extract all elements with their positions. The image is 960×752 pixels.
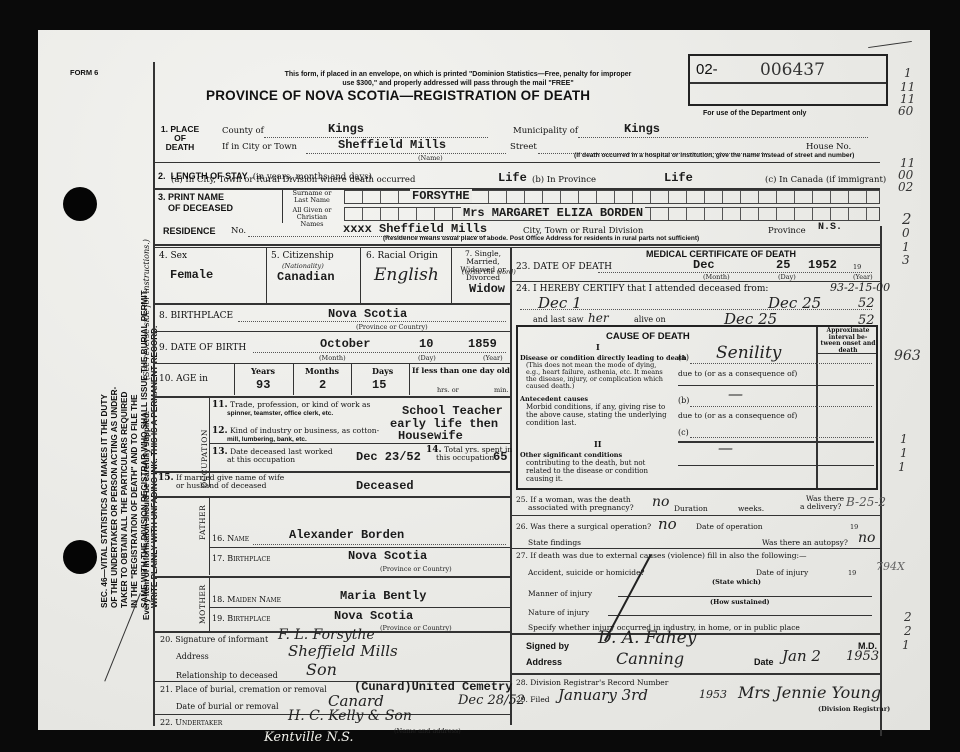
name-label: 3. PRINT NAME OF DECEASED: [158, 192, 233, 214]
postal-notice: This form, if placed in an envelope, on …: [223, 70, 693, 88]
residence-value: xxxx Sheffield Mills: [343, 222, 487, 236]
spouse-value: Deceased: [356, 479, 414, 493]
cause-a-value: Senility: [716, 343, 781, 363]
division-registrar-signature: Mrs Jennie Young: [738, 683, 881, 702]
municipality-value: Kings: [624, 122, 660, 136]
form-right-border: [880, 226, 882, 736]
occupation-trade-value: School Teacher: [402, 404, 503, 418]
city-label: If in City or Town: [222, 142, 297, 152]
instructions-sidebar: SEC. 46—VITAL STATISTICS ACT MAKES IT TH…: [100, 289, 160, 608]
punch-hole-bottom: [63, 540, 97, 574]
medical-certificate-title: MEDICAL CERTIFICATE OF DEATH: [646, 249, 796, 259]
informant-signature: F. L. Forsythe: [278, 627, 375, 643]
last-saw-pronoun: her: [588, 311, 609, 325]
residence-label: RESIDENCE: [163, 226, 216, 236]
given-label: All Given or Christian Names: [286, 207, 338, 228]
city-value: Sheffield Mills: [338, 138, 446, 152]
stay-city-value: Life: [498, 171, 527, 185]
stay-province-value: Life: [664, 171, 693, 185]
years-in-occupation-value: 65: [493, 450, 507, 464]
form-number: FORM 6: [70, 68, 98, 77]
registration-number: 006437: [760, 60, 825, 80]
citizenship-value: Canadian: [277, 270, 335, 284]
street-label: Street: [510, 142, 537, 152]
age-years-value: 93: [256, 378, 270, 392]
department-note: For use of the Department only: [703, 110, 806, 117]
birthplace-value: Nova Scotia: [328, 307, 407, 321]
sex-value: Female: [170, 268, 213, 282]
filed-date: January 3rd: [558, 686, 648, 704]
certify-note: 93-2-15-00: [830, 281, 890, 294]
age-months-value: 2: [319, 378, 326, 392]
cause-of-death-box: CAUSE OF DEATH Approximate interval be-t…: [516, 325, 878, 490]
municipality-label: Municipality of: [513, 126, 578, 136]
form-title: PROVINCE OF NOVA SCOTIA—REGISTRATION OF …: [206, 88, 590, 103]
dod-day-value: 25: [776, 258, 790, 272]
mother-name-value: Maria Bently: [340, 589, 426, 603]
delivery-value: B-25-2: [846, 495, 886, 509]
burial-date-value: Dec 28/52: [458, 693, 525, 708]
county-label: County of: [222, 126, 264, 136]
margin-pen-stroke: [868, 41, 912, 48]
father-section-label: FATHER: [198, 505, 207, 540]
undertaker-address: Kentville N.S.: [264, 730, 354, 745]
punch-hole-top: [63, 187, 97, 221]
racial-origin-value: English: [374, 265, 439, 285]
registration-prefix: 02-: [696, 61, 718, 78]
instructions-footnote: Every item of information should be care…: [142, 239, 151, 620]
dob-year-value: 1859: [468, 337, 497, 351]
father-birthplace-value: Nova Scotia: [348, 549, 427, 563]
dob-day-value: 10: [419, 337, 433, 351]
mother-section-label: MOTHER: [198, 585, 207, 625]
dod-month-value: Dec: [693, 258, 715, 272]
father-name-value: Alexander Borden: [289, 528, 404, 542]
autopsy-value: no: [858, 530, 875, 546]
physician-signature: D. A. Fahey: [598, 628, 696, 648]
informant-address: Sheffield Mills: [288, 642, 398, 660]
other-conditions-value: —: [718, 439, 733, 457]
province-value: N.S.: [818, 222, 842, 233]
given-names-value: Mrs MARGARET ELIZA BORDEN: [461, 206, 645, 220]
column-divider: [510, 247, 512, 725]
pregnancy-value: no: [652, 494, 669, 510]
death-registration-form: SEC. 46—VITAL STATISTICS ACT MAKES IT TH…: [38, 30, 930, 730]
county-value: Kings: [328, 122, 364, 136]
last-worked-value: Dec 23/52: [356, 450, 421, 464]
certificate-date: Jan 2: [782, 647, 821, 665]
occupation-industry-value-2: Housewife: [398, 429, 463, 443]
cause-b-value: —: [728, 385, 743, 403]
physician-address: Canning: [616, 649, 684, 668]
residence-note: (Residence means usual place of abode. P…: [383, 235, 699, 242]
surname-label: Surname or Last Name: [288, 190, 336, 204]
place-of-death-label: 1. PLACEOFDEATH: [158, 125, 202, 152]
mother-birthplace-value: Nova Scotia: [334, 609, 413, 623]
certificate-year: 1953: [846, 649, 879, 664]
operation-value: no: [658, 515, 677, 533]
dod-year-value: 1952: [808, 258, 837, 272]
hospital-note: (If death occurred in a hospital or inst…: [574, 152, 854, 159]
filed-year: 1953: [699, 688, 727, 701]
house-no-label: House No.: [806, 142, 851, 152]
undertaker-value: H. C. Kelly & Son: [288, 708, 412, 724]
surname-value: FORSYTHE: [410, 189, 472, 203]
department-box: 02- 006437: [688, 54, 888, 106]
marital-status-value: Widow: [469, 282, 505, 296]
informant-relationship: Son: [306, 660, 337, 679]
age-days-value: 15: [372, 378, 386, 392]
dob-month-value: October: [320, 337, 370, 351]
